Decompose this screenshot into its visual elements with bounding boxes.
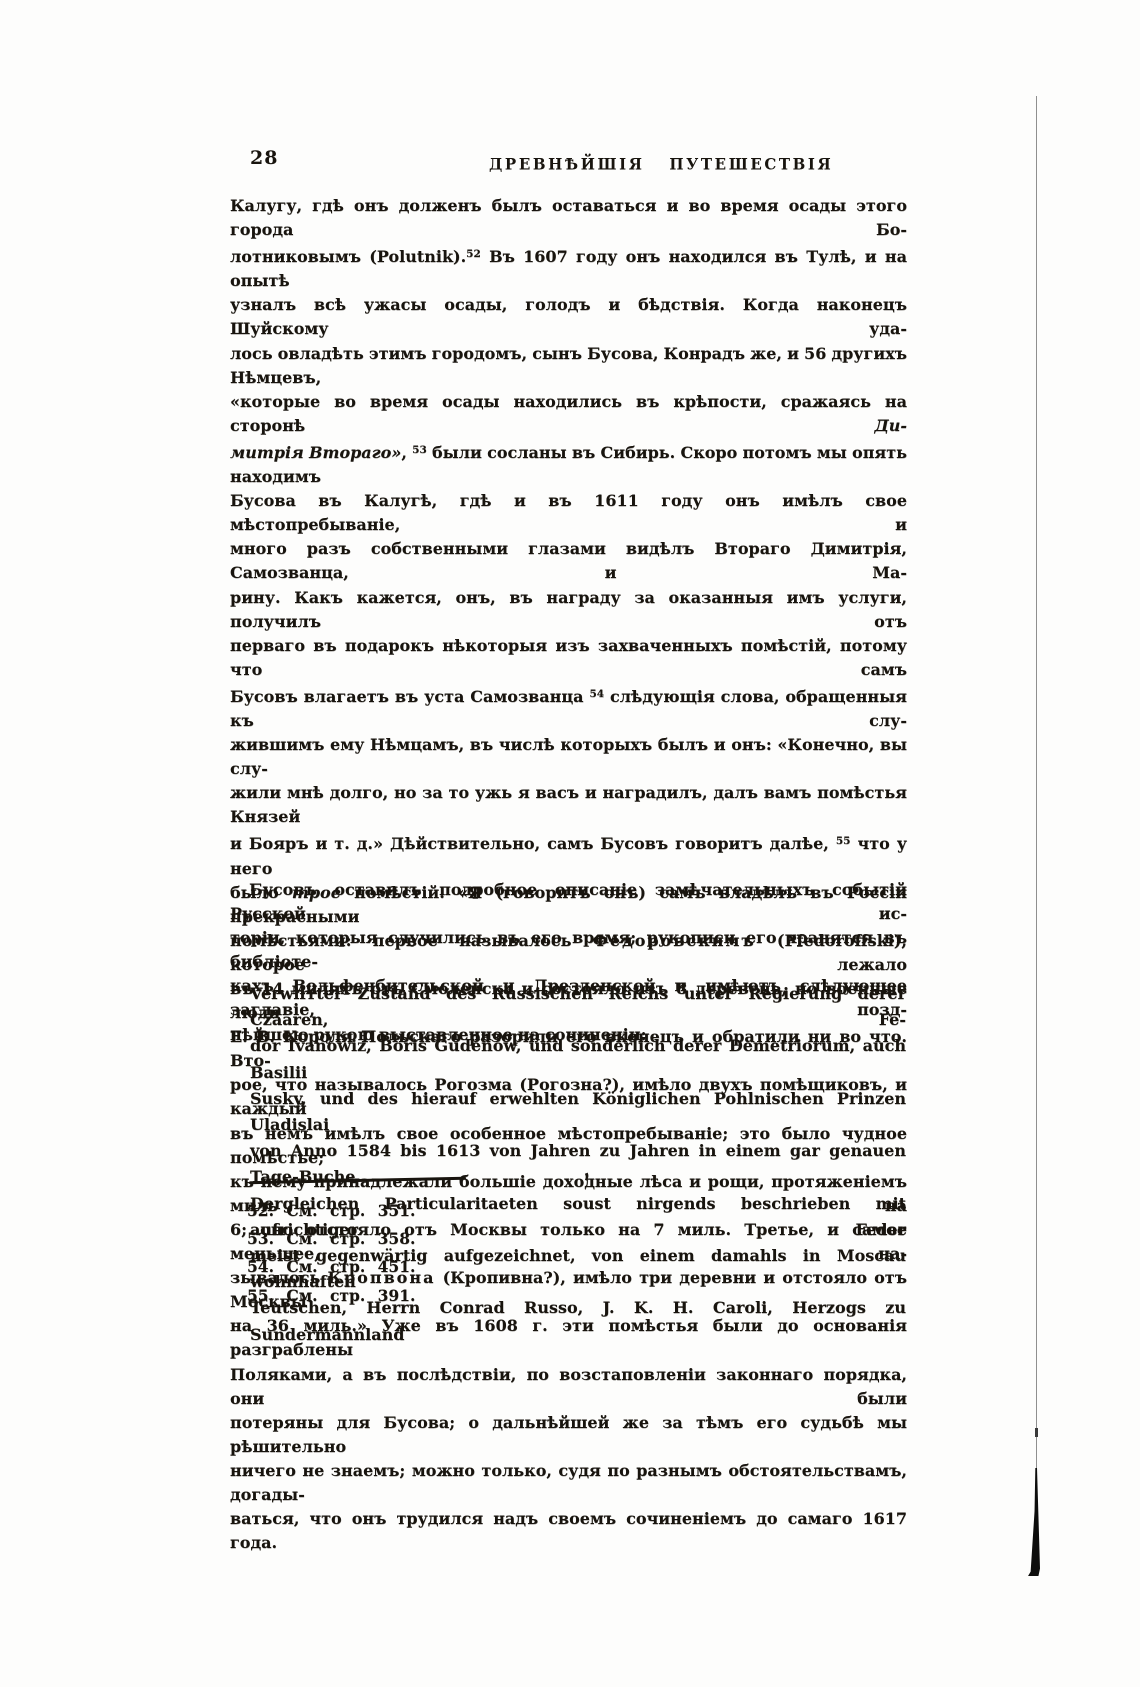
footnote-ref: 53	[412, 444, 427, 456]
footnote-row: 54. См. стр. 451.	[247, 1253, 415, 1281]
footnote-number: 55.	[247, 1286, 286, 1305]
footnote-ref: 52	[466, 248, 481, 260]
text-line: потеряны для Бусова; о дальнѣйшей же за …	[230, 1411, 907, 1459]
text-line: «которые во время осады находились въ кр…	[230, 390, 907, 438]
footnote-text: См. стр. 391.	[286, 1286, 415, 1305]
text-line: Susky, und des hierauf erwehlten Königli…	[250, 1086, 906, 1138]
text-line: митрія Втораго», 53 были сосланы въ Сиби…	[230, 438, 907, 489]
footnote-ref: 54	[589, 688, 604, 700]
text-line: Бусова въ Калугѣ, гдѣ и въ 1611 году онъ…	[230, 489, 907, 537]
footnotes-section: 52. См. стр. 351.53. См. стр. 358.54. См…	[247, 1197, 415, 1310]
page-number: 28	[250, 147, 278, 169]
footnote-text: См. стр. 358.	[286, 1229, 415, 1248]
text-line: ничего не знаемъ; можно только, судя по …	[230, 1459, 907, 1507]
text-line: торіи, которыя случились въ его время; р…	[230, 926, 907, 974]
running-header: ДРЕВНѢЙШІЯ ПУТЕШЕСТВІЯ	[489, 155, 833, 174]
text-line: Калугу, гдѣ онъ долженъ былъ оставаться …	[230, 194, 907, 242]
footnote-row: 52. См. стр. 351.	[247, 1197, 415, 1225]
text-line: жившимъ ему Нѣмцамъ, въ числѣ которыхъ б…	[230, 733, 907, 781]
footnote-row: 53. См. стр. 358.	[247, 1225, 415, 1253]
footnote-row: 55. См. стр. 391.	[247, 1282, 415, 1310]
scan-ink-blotch	[1027, 1468, 1040, 1576]
scan-edge-line	[1036, 96, 1037, 1468]
footnote-text: См. стр. 451.	[286, 1257, 415, 1276]
text-line: Verwirrter Zustand des Russischen Reichs…	[250, 981, 906, 1033]
footnote-number: 52.	[247, 1201, 286, 1220]
text-line: Бусовъ влагаетъ въ уста Самозванца 54 сл…	[230, 682, 907, 733]
footnote-number: 54.	[247, 1257, 286, 1276]
body-paragraph-1: Калугу, гдѣ онъ долженъ былъ оставаться …	[230, 194, 907, 1555]
text-line: ваться, что онъ трудился надъ своемъ соч…	[230, 1507, 907, 1555]
text-line: перваго въ подарокъ нѣкоторыя изъ захвач…	[230, 634, 907, 682]
scanned-book-page: { "colors": { "ink": "#18140e", "paper":…	[0, 0, 1140, 1687]
text-line: Поляками, а въ послѣдствіи, по возстапов…	[230, 1363, 907, 1411]
footnote-number: 53.	[247, 1229, 286, 1248]
text-line: рину. Какъ кажется, онъ, въ награду за о…	[230, 586, 907, 634]
footnote-ref: 55	[836, 835, 851, 847]
text-line: узналъ всѣ ужасы осады, голодъ и бѣдстві…	[230, 293, 907, 341]
text-line: dor Ivanowiz, Boris Gudenow, und sonderl…	[250, 1033, 906, 1085]
text-line: много разъ собственными глазами видѣлъ В…	[230, 537, 907, 585]
footnote-text: См. стр. 351.	[286, 1201, 415, 1220]
text-line: жили мнѣ долго, но за то ужь я васъ и на…	[230, 781, 907, 829]
text-line: лотниковымъ (Polutnik).52 Въ 1607 году о…	[230, 242, 907, 293]
text-line: лось овладѣть этимъ городомъ, сынъ Бусов…	[230, 342, 907, 390]
text-line: Бусовъ оставилъ подробное описаніе замѣч…	[230, 878, 907, 926]
scan-edge-line-dash	[1035, 1428, 1038, 1437]
text-line: и Бояръ и т. д.» Дѣйствительно, самъ Бус…	[230, 829, 907, 880]
